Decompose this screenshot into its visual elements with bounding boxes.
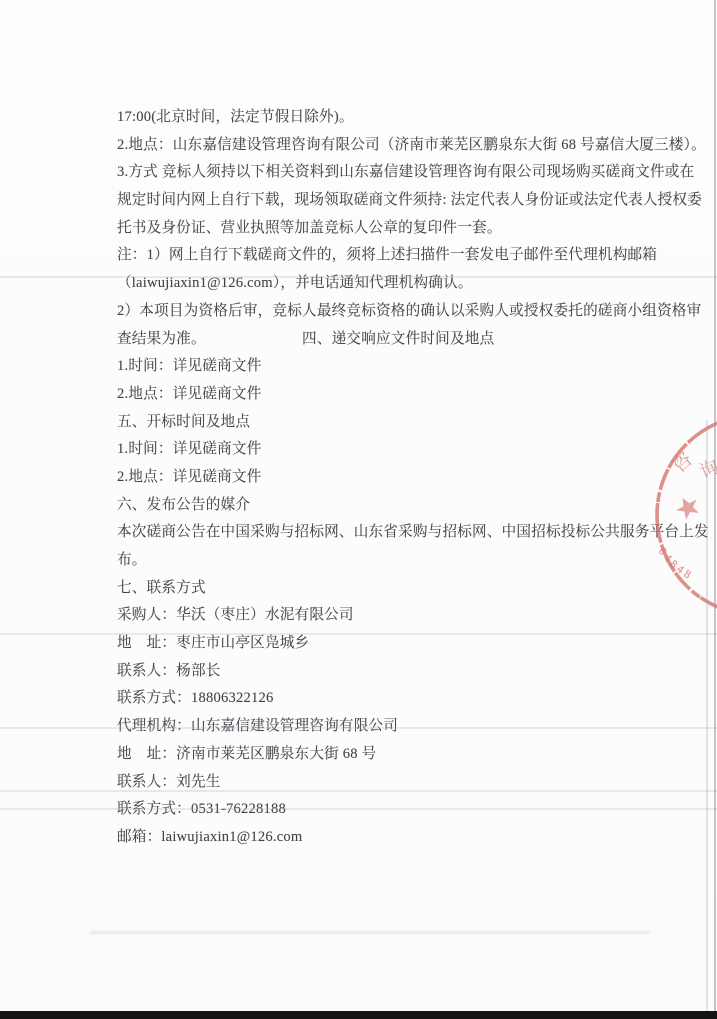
- purchase-method-line-1: 3.方式 竞标人须持以下相关资料到山东嘉信建设管理咨询有限公司现场购买磋商文件或…: [117, 159, 662, 187]
- document-text-block: 17:00(北京时间，法定节假日除外)。 2.地点：山东嘉信建设管理咨询有限公司…: [117, 104, 662, 852]
- section6-heading: 六、发布公告的媒介: [117, 492, 662, 520]
- purchase-method-line-3: 托书及身份证、营业执照等加盖竞标人公章的复印件一套。: [117, 215, 662, 243]
- section5-heading: 五、开标时间及地点: [117, 409, 662, 437]
- agency-phone-line: 联系方式：0531-76228188: [117, 796, 662, 824]
- bottom-scan-bar: [0, 1011, 717, 1019]
- note-1-line-2-email: （laiwujiaxin1@126.com），并电话通知代理机构确认。: [117, 270, 662, 298]
- section4-location-line: 2.地点：详见磋商文件: [117, 381, 662, 409]
- purchaser-address-line: 地 址：枣庄市山亭区凫城乡: [117, 630, 662, 658]
- seal-char-2: 询: [696, 456, 717, 484]
- deadline-time-line: 17:00(北京时间，法定节假日除外)。: [117, 104, 662, 132]
- section4-time-line: 1.时间：详见磋商文件: [117, 353, 662, 381]
- purchaser-name-line: 采购人：华沃（枣庄）水泥有限公司: [117, 602, 662, 630]
- seal-char-1: 咨: [668, 448, 697, 477]
- page-fold-edge-line: [706, 420, 708, 1012]
- note-2-line-1: 2）本项目为资格后审，竞标人最终竞标资格的确认以采购人或授权委托的磋商小组资格审: [117, 298, 662, 326]
- purchase-method-line-2: 规定时间内网上自行下载，现场领取磋商文件须持: 法定代表人身份证或法定代表人授权…: [117, 187, 662, 215]
- section7-heading: 七、联系方式: [117, 575, 662, 603]
- note-1-line-1: 注：1）网上自行下载磋商文件的，须将上述扫描件一套发电子邮件至代理机构邮箱: [117, 242, 662, 270]
- scan-smudge: [90, 931, 650, 934]
- section5-location-line: 2.地点：详见磋商文件: [117, 464, 662, 492]
- page-right-edge-line: [714, 0, 716, 1019]
- agency-address-line: 地 址：济南市莱芜区鹏泉东大街 68 号: [117, 741, 662, 769]
- note-2-end-and-section4-heading: 查结果为准。 四、递交响应文件时间及地点: [117, 326, 662, 354]
- section5-time-line: 1.时间：详见磋商文件: [117, 436, 662, 464]
- scanned-document-page: 17:00(北京时间，法定节假日除外)。 2.地点：山东嘉信建设管理咨询有限公司…: [0, 0, 717, 1019]
- purchaser-contact-line: 联系人：杨部长: [117, 658, 662, 686]
- seal-star-icon: [672, 492, 702, 521]
- agency-contact-line: 联系人：刘先生: [117, 769, 662, 797]
- section6-body-line-2: 布。: [117, 547, 662, 575]
- section6-body-line-1: 本次磋商公告在中国采购与招标网、山东省采购与招标网、中国招标投标公共服务平台上发: [117, 519, 662, 547]
- agency-name-line: 代理机构：山东嘉信建设管理咨询有限公司: [117, 713, 662, 741]
- purchaser-phone-line: 联系方式：18806322126: [117, 685, 662, 713]
- seal-ring: [657, 415, 717, 615]
- purchase-location-line: 2.地点：山东嘉信建设管理咨询有限公司（济南市莱芜区鹏泉东大街 68 号嘉信大厦…: [117, 132, 662, 160]
- agency-email-line: 邮箱：laiwujiaxin1@126.com: [117, 824, 662, 852]
